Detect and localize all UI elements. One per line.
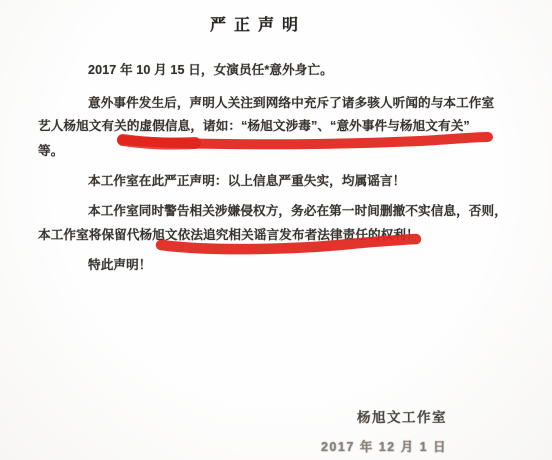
red-underline-stroke-1-left-blob (123, 140, 195, 144)
statement-line: 本工作室在此严正声明：以上信息严重失实，均属谣言！ (88, 171, 405, 191)
statement-line: 特此声明！ (88, 255, 151, 275)
document-title: 严正声明 (0, 12, 516, 35)
statement-line: 本工作室同时警告相关涉嫌侵权方，务必在第一时间删撤不实信息，否则， (88, 201, 507, 221)
statement-document: 严正声明 2017 年 10 月 15 日，女演员任*意外身亡。 意外事件发生后… (0, 0, 552, 460)
signature-studio-name: 杨旭文工作室 (321, 406, 447, 426)
statement-line-underlined: 艺人杨旭文有关的虚假信息，诸如：“杨旭文涉毒”、“意外事件与杨旭文有关” (38, 116, 470, 136)
statement-line-underlined: 本工作室将保留代杨旭文依法追究相关谣言发布者法律责任的权利！ (38, 225, 419, 245)
statement-line: 等。 (38, 141, 63, 161)
signature-block: 杨旭文工作室 2017 年 12 月 1 日 (321, 406, 447, 455)
signature-date: 2017 年 12 月 1 日 (321, 437, 447, 455)
statement-line: 2017 年 10 月 15 日，女演员任*意外身亡。 (88, 60, 333, 80)
statement-line: 意外事件发生后，声明人关注到网络中充斥了诸多骇人听闻的与本工作室 (88, 93, 494, 113)
red-underline-stroke-1 (122, 137, 488, 144)
